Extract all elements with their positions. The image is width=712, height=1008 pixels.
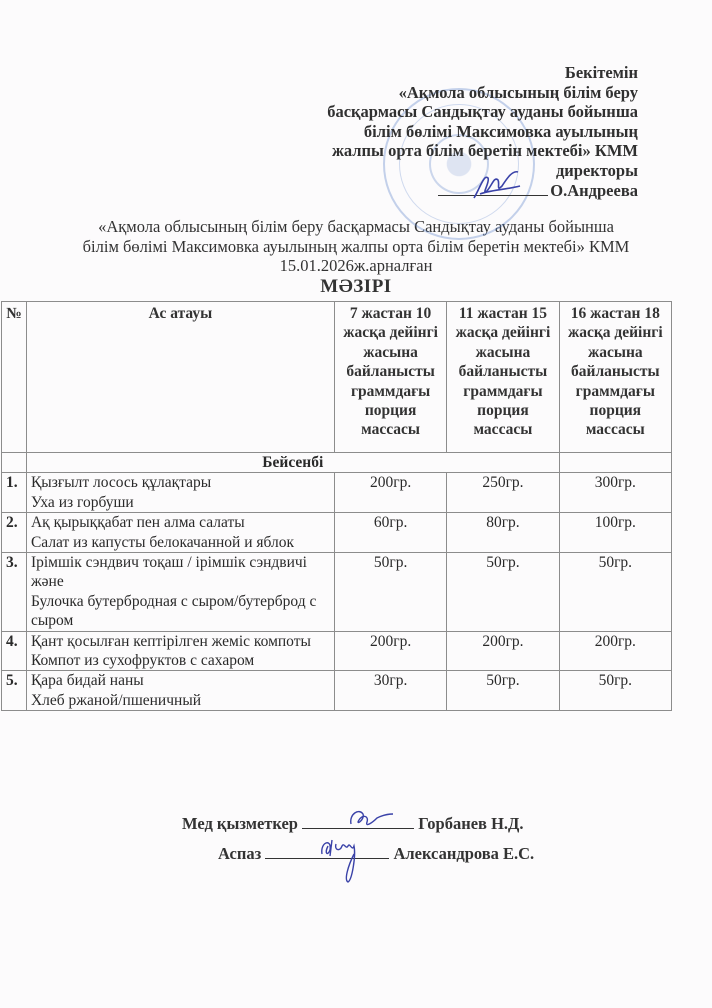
dish-name-kz: Қызғылт лосось құлақтары [31, 473, 330, 492]
dish-name: Қант қосылған кептірілген жеміс компотыК… [26, 631, 334, 671]
row-number: 3. [2, 553, 27, 632]
director-name: О.Андреева [550, 181, 638, 200]
approval-line: жалпы орта білім беретін мектебі» КММ [327, 141, 638, 161]
column-header-age-16-18: 16 жастан 18 жасқа дейінгі жасына байлан… [559, 302, 671, 453]
med-worker-name: Горбанев Н.Д. [418, 814, 523, 833]
row-number: 4. [2, 631, 27, 671]
med-worker-signature-icon [345, 806, 395, 832]
row-number: 2. [2, 513, 27, 553]
portion-7-10: 200гр. [334, 631, 446, 671]
dish-name: Қара бидай наныХлеб ржаной/пшеничный [26, 671, 334, 711]
org-line: «Ақмола облысының білім беру басқармасы … [0, 217, 712, 237]
column-header-age-7-10: 7 жастан 10 жасқа дейінгі жасына байланы… [334, 302, 446, 453]
cook-signature: Аспаз Александрова Е.С. [218, 839, 534, 869]
dish-name-kz: Қара бидай наны [31, 671, 330, 690]
column-header-age-11-15: 11 жастан 15 жасқа дейінгі жасына байлан… [447, 302, 559, 453]
row-number: 5. [2, 671, 27, 711]
portion-11-15: 80гр. [447, 513, 559, 553]
date-line: 15.01.2026ж.арналған [0, 256, 712, 276]
dish-name-ru: Салат из капусты белокачанной и яблок [31, 533, 330, 552]
dish-name-kz: Ақ қырыққабат пен алма салаты [31, 513, 330, 532]
approval-line: Бекітемін [327, 63, 638, 83]
column-header-num: № [2, 302, 27, 453]
portion-7-10: 50гр. [334, 553, 446, 632]
approval-line: білім бөлімі Максимовка ауылының [327, 122, 638, 142]
portion-16-18: 50гр. [559, 553, 671, 632]
day-row: Бейсенбі [2, 453, 672, 473]
portion-16-18: 100гр. [559, 513, 671, 553]
med-worker-label: Мед қызметкер [182, 814, 298, 833]
row-number: 1. [2, 473, 27, 513]
portion-7-10: 60гр. [334, 513, 446, 553]
document-header: «Ақмола облысының білім беру басқармасы … [0, 217, 712, 298]
dish-name-kz: Ірімшік сэндвич тоқаш / ірімшік сэндвичі… [31, 553, 330, 592]
dish-name: Ақ қырыққабат пен алма салатыСалат из ка… [26, 513, 334, 553]
approval-line: басқармасы Сандықтау ауданы бойынша [327, 102, 638, 122]
dish-name-ru: Компот из сухофруктов с сахаром [31, 651, 330, 670]
table-row: 1. Қызғылт лосось құлақтарыУха из горбуш… [2, 473, 672, 513]
dish-name-ru: Уха из горбуши [31, 493, 330, 512]
table-row: 5. Қара бидай наныХлеб ржаной/пшеничный … [2, 671, 672, 711]
cook-label: Аспаз [218, 844, 261, 863]
portion-7-10: 30гр. [334, 671, 446, 711]
dish-name-ru: Булочка бутербродная с сыром/бутерброд с… [31, 592, 330, 631]
org-line: білім бөлімі Максимовка ауылының жалпы о… [0, 237, 712, 257]
dish-name-ru: Хлеб ржаной/пшеничный [31, 691, 330, 710]
portion-16-18: 300гр. [559, 473, 671, 513]
portion-11-15: 200гр. [447, 631, 559, 671]
portion-11-15: 250гр. [447, 473, 559, 513]
portion-16-18: 50гр. [559, 671, 671, 711]
table-row: 2. Ақ қырыққабат пен алма салатыСалат из… [2, 513, 672, 553]
menu-table: № Ас атауы 7 жастан 10 жасқа дейінгі жас… [1, 301, 672, 711]
table-row: 3. Ірімшік сэндвич тоқаш / ірімшік сэндв… [2, 553, 672, 632]
portion-16-18: 200гр. [559, 631, 671, 671]
approval-line: «Ақмола облысының білім беру [327, 83, 638, 103]
cook-name: Александрова Е.С. [393, 844, 534, 863]
menu-title: МӘЗІРІ [0, 276, 712, 298]
dish-name: Ірімшік сэндвич тоқаш / ірімшік сэндвичі… [26, 553, 334, 632]
column-header-name: Ас атауы [26, 302, 334, 453]
portion-7-10: 200гр. [334, 473, 446, 513]
day-label: Бейсенбі [26, 453, 559, 473]
table-header-row: № Ас атауы 7 жастан 10 жасқа дейінгі жас… [2, 302, 672, 453]
cook-signature-icon [318, 836, 362, 886]
dish-name: Қызғылт лосось құлақтарыУха из горбуши [26, 473, 334, 513]
dish-name-kz: Қант қосылған кептірілген жеміс компоты [31, 632, 330, 651]
table-row: 4. Қант қосылған кептірілген жеміс компо… [2, 631, 672, 671]
portion-11-15: 50гр. [447, 671, 559, 711]
portion-11-15: 50гр. [447, 553, 559, 632]
director-signature-icon [470, 168, 522, 202]
